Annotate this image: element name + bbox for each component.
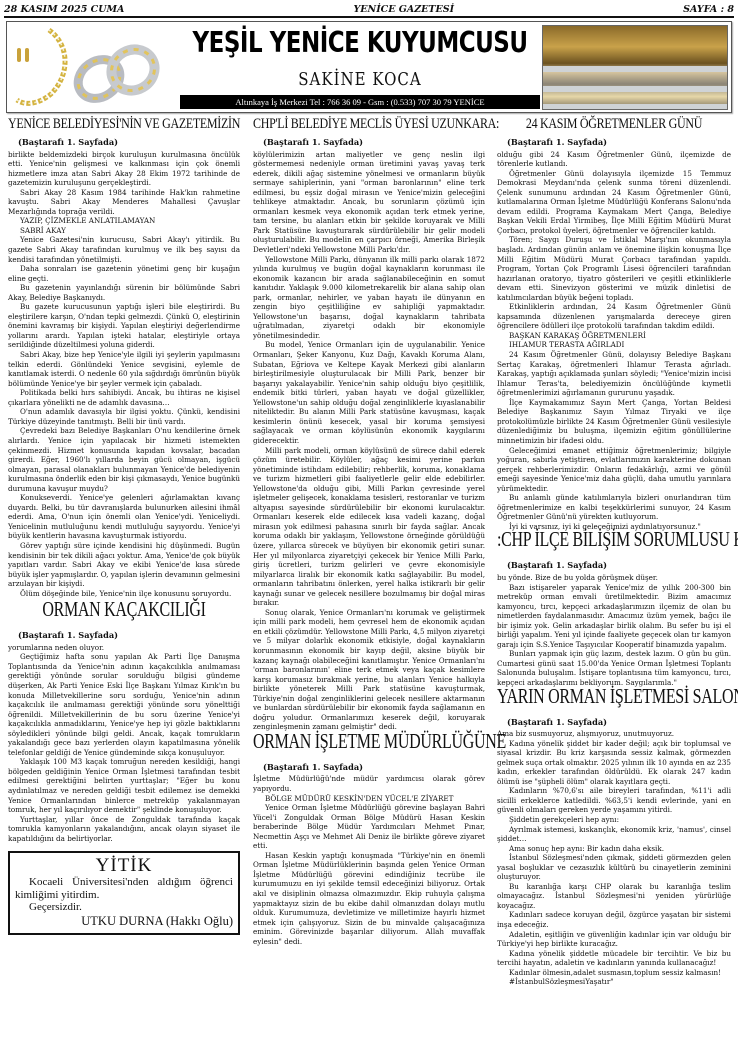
headline-yenice-belediyesi: YENİCE BELEDİYESİ'NİN VE GAZETEMİZİN <box>8 118 240 141</box>
paragraph: Bu gazetenin yayınlandığı sürenin bir bö… <box>8 283 240 302</box>
column-right: 24 KASIM ÖĞRETMENLER GÜNÜ (Baştarafı 1. … <box>497 118 731 987</box>
paragraph: Bu model, Yenice Ormanları için de uygul… <box>253 340 485 445</box>
jewelry-necklace-rings-image <box>9 24 175 110</box>
paragraph: köylülerimizin artan maliyetler ve genç … <box>253 150 485 255</box>
paragraph: Ama sonuç hep aynı: Bir kadın daha eksik… <box>497 844 731 854</box>
header-rule <box>4 16 734 18</box>
paragraph: Yurttaşlar, yıllar önce de Zonguldak tar… <box>8 815 240 844</box>
ad-title: YEŞİL YENİCE KUYUMCUSU <box>179 27 541 60</box>
paragraph: O'nun adamlık davasıyla bir ilgisi yoktu… <box>8 407 240 426</box>
headline-orman-isletme: ORMAN İŞLETME MÜDÜRLÜĞÜNE <box>253 736 485 770</box>
subheading: YAZIP, ÇİZMEKLE ANLATILAMAYAN <box>8 216 240 226</box>
paragraph: İşletme Müdürlüğü'nde müdür yardımcısı o… <box>253 774 485 793</box>
paragraph: Bunları yapmak için güç lazım, destek la… <box>497 649 731 687</box>
paragraph: Çevredeki bazı Belediye Başkanları O'nu … <box>8 426 240 493</box>
notice-invalid: Geçersizdir. <box>15 901 233 914</box>
ad-contact: Altınkaya İş Merkezi Tel : 766 36 09 - G… <box>180 95 540 109</box>
paragraph: Sonuç olarak, Yenice Ormanları'nı koruma… <box>253 608 485 732</box>
paragraph: Tören; Saygı Duruşu ve İstiklal Marşı'nı… <box>497 235 731 302</box>
ad-owner: SAKİNE KOCA <box>179 69 541 90</box>
paragraph: Ayrılmak istemesi, kıskançlık, ekonomik … <box>497 825 731 844</box>
paragraph: Hasan Keskin yaptığı konuşmada "Türkiye'… <box>253 851 485 946</box>
paragraph: Ölüm döşeğinde bile, Yenice'nin ilçe kon… <box>8 589 240 599</box>
column-middle: CHP'Lİ BELEDİYE MECLİS ÜYESİ UZUNKARA: (… <box>253 118 485 946</box>
headline-orman-kacakciligi: ORMAN KAÇAKCILIĞI <box>8 604 240 638</box>
notice-title: YİTİK <box>15 856 233 876</box>
paragraph: 24 Kasım Öğretmenler Günü, dolayısıy Bel… <box>497 350 731 398</box>
paragraph: yorumlarına neden oluyor. <box>8 643 240 653</box>
paragraph: Kadınları sadece koruyan değil, özgürce … <box>497 910 731 929</box>
subheading: IHLAMUR TERASTA AĞIRLADI <box>497 340 731 350</box>
headline-ogretmenler-gunu: 24 KASIM ÖĞRETMENLER GÜNÜ <box>497 118 731 141</box>
paragraph: olduğu gibi 24 Kasım Öğretmenler Günü, i… <box>497 150 731 169</box>
paragraph: Bu anlamlı günde katılımlarıyla bizleri … <box>497 493 731 522</box>
paragraph: Politikada belki hırs sahibiydi. Ancak, … <box>8 388 240 407</box>
paragraph: Kadına yönelik şiddet bir kader değil; a… <box>497 739 731 787</box>
subheading: BAŞKAN KARAKAŞ ÖĞRETMENLERİ <box>497 331 731 341</box>
headline-chp-uzunkara: CHP'Lİ BELEDİYE MECLİS ÜYESİ UZUNKARA: <box>253 118 485 141</box>
paragraph: Yellowstone Milli Parkı, dünyanın ilk mi… <box>253 255 485 341</box>
paragraph: Görev yaptığı süre içinde kendisini hiç … <box>8 541 240 589</box>
paragraph: Bazı istişareler yaparak Yenice'miz de y… <box>497 583 731 650</box>
paragraph: İlçe Kaymakamımız Sayın Mert Çanga, Yort… <box>497 398 731 446</box>
paragraph: Etkinliklerin ardından, 24 Kasım Öğretme… <box>497 302 731 331</box>
paragraph: Geleceğimizi emanet ettiğimiz öğretmenle… <box>497 446 731 494</box>
newspaper-name: YENİCE GAZETESİ <box>354 4 455 15</box>
paragraph: Kadınlar ölmesin,adalet susmasın,toplum … <box>497 968 731 978</box>
paragraph: #İstanbulSözleşmesiYaşatır" <box>497 977 731 987</box>
paragraph: Şiddetin gerekçeleri hep aynı: <box>497 815 731 825</box>
paragraph: İstanbul Sözleşmesi'nden çıkmak, şiddeti… <box>497 853 731 882</box>
paragraph: Ama biz susmuyoruz, alışmıyoruz, unutmuy… <box>497 729 731 739</box>
paragraph: bu yönde. Bize de bu yolda görüşmek düşe… <box>497 573 731 583</box>
paragraph: Daha sonraları ise gazetenin yönetimi ge… <box>8 264 240 283</box>
paragraph: Kadınların %70,6'sı aile bireyleri taraf… <box>497 786 731 815</box>
paragraph: Adaletin, eşitliğin ve güvenliğin kadınl… <box>497 930 731 949</box>
paragraph: birlikte beldemizdeki birçok kuruluşun k… <box>8 150 240 188</box>
page-header: 28 KASIM 2025 CUMA YENİCE GAZETESİ SAYFA… <box>4 2 734 16</box>
paragraph: Öğretmenler Günü dolayısıyla ilçemizde 1… <box>497 169 731 236</box>
paragraph: Milli park modeli, orman köylüsünü de sü… <box>253 446 485 608</box>
paragraph: Sabri Akay 28 Kasım 1984 tarihinde Hak'k… <box>8 188 240 217</box>
paragraph: Yenice Gazetesi'nin kurucusu, Sabri Akay… <box>8 235 240 264</box>
headline-chp-karadayi: :CHP İLÇE BİLİŞİM SORUMLUSU KARADAYI <box>497 534 731 568</box>
page-number: SAYFA : 8 <box>683 4 734 15</box>
subheading: BÖLGE MÜDÜRÜ KESKİN'DEN YÜCEL'E ZİYARET <box>253 794 485 804</box>
jeweler-advertisement: YEŞİL YENİCE KUYUMCUSU SAKİNE KOCA Altın… <box>6 21 732 113</box>
paragraph: Yaklaşık 100 M3 kaçak tomruğun nereden k… <box>8 757 240 814</box>
column-left: YENİCE BELEDİYESİ'NİN VE GAZETEMİZİN (Ba… <box>8 118 240 935</box>
notice-signature: UTKU DURNA (Hakkı Oğlu) <box>15 914 233 929</box>
paragraph: Sabri Akay, bize hep Yenice'yle ilgili i… <box>8 350 240 388</box>
paragraph: Bu gazete kurucusunun yaptığı işleri bil… <box>8 302 240 350</box>
paragraph: Kadına yönelik şiddetle mücadele bir ter… <box>497 949 731 968</box>
paragraph: Bu karanlığa karşı CHP olarak bu karanlı… <box>497 882 731 911</box>
notice-body: Kocaeli Üniversitesi'nden aldığım öğrenc… <box>15 876 233 901</box>
issue-date: 28 KASIM 2025 CUMA <box>4 4 124 15</box>
jewelry-shop-display-image <box>542 25 728 110</box>
lost-item-notice: YİTİK Kocaeli Üniversitesi'nden aldığım … <box>8 851 240 935</box>
paragraph: Geçtiğimiz hafta sonu yapılan Ak Parti İ… <box>8 652 240 757</box>
headline-yarin-orman-isletmesi: YARIN ORMAN İŞLETMESİ SALONUNDA <box>497 691 731 725</box>
subheading: SABRİ AKAY <box>8 226 240 236</box>
paragraph: Yenice Orman İşletme Müdürlüğü görevine … <box>253 803 485 851</box>
paragraph: Konukseverdi. Yenice'ye gelenleri ağırla… <box>8 493 240 541</box>
